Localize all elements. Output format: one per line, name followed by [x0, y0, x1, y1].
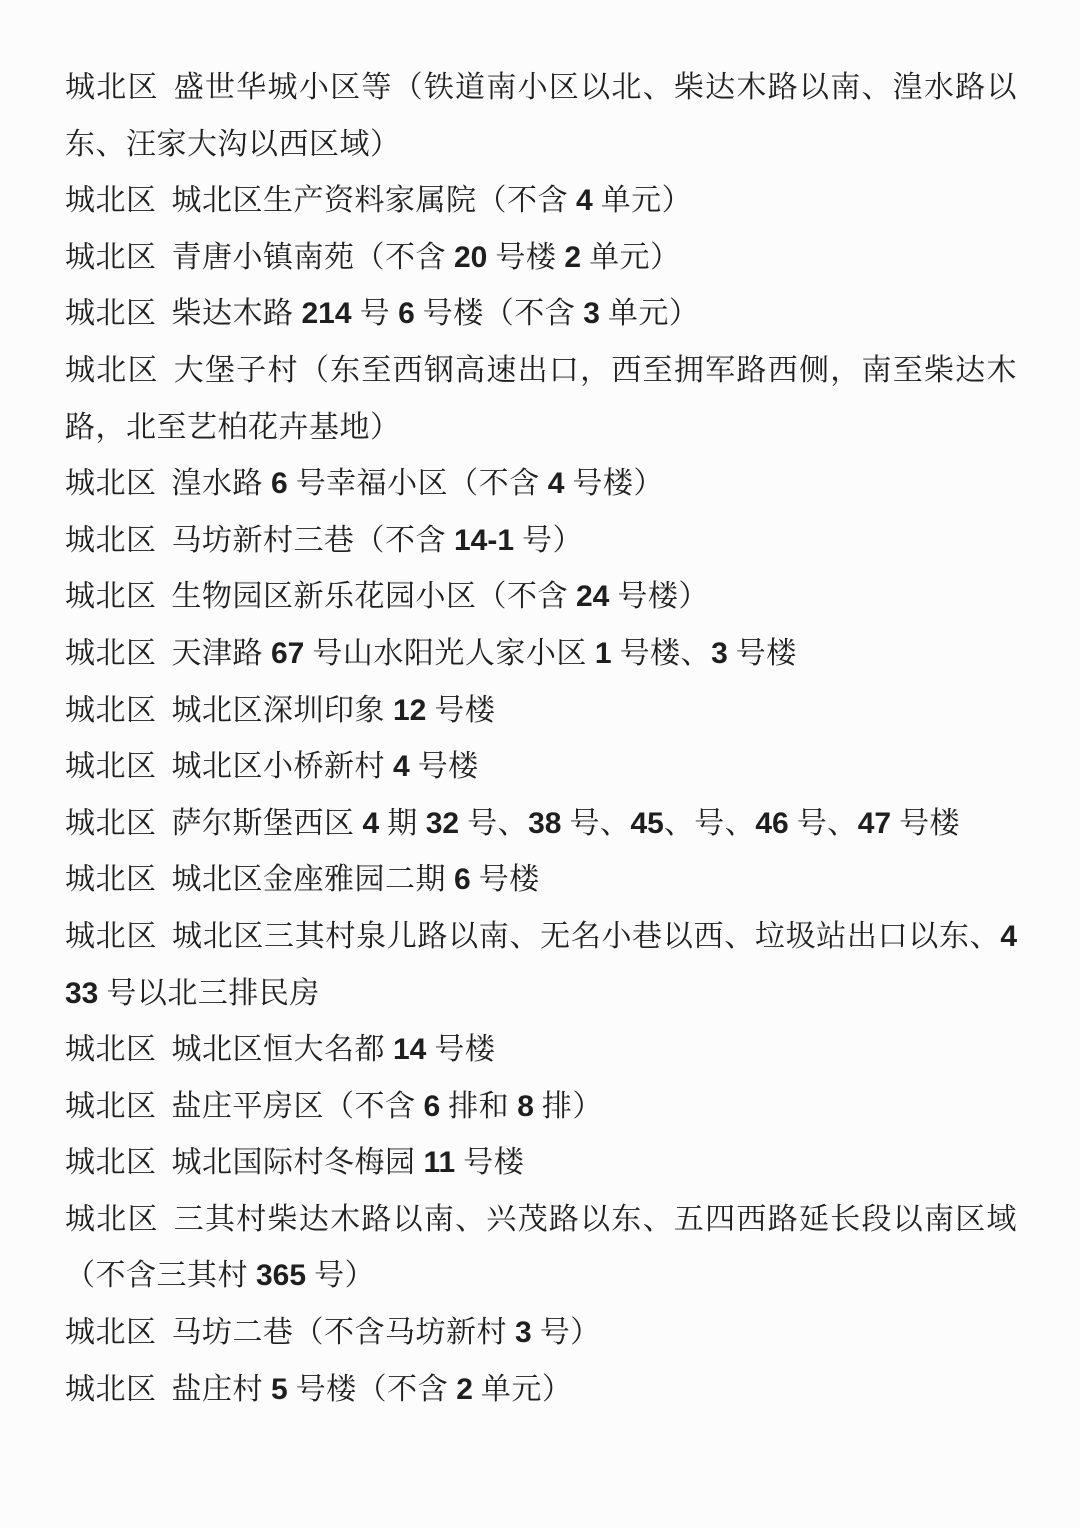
- district-label: 城北区: [65, 1146, 157, 1179]
- location-detail: 湟水路 6 号幸福小区（不含 4 号楼）: [172, 467, 664, 500]
- list-item: 城北区天津路 67 号山水阳光人家小区 1 号楼、3 号楼: [65, 626, 1017, 683]
- list-item: 城北区城北区生产资料家属院（不含 4 单元）: [65, 173, 1017, 230]
- number-text: 3: [583, 297, 600, 330]
- number-text: 433: [65, 920, 1017, 1010]
- location-detail: 青唐小镇南苑（不含 20 号楼 2 单元）: [172, 241, 681, 274]
- document-page: 城北区盛世华城小区等（铁道南小区以北、柴达木路以南、湟水路以东、汪家大沟以西区域…: [0, 0, 1080, 1528]
- number-text: 67: [271, 637, 304, 670]
- number-text: 4: [548, 467, 565, 500]
- list-item: 城北区湟水路 6 号幸福小区（不含 4 号楼）: [65, 456, 1017, 513]
- location-detail: 盐庄村 5 号楼（不含 2 单元）: [172, 1373, 573, 1406]
- location-detail: 马坊新村三巷（不含 14-1 号）: [172, 524, 584, 557]
- list-item: 城北区盛世华城小区等（铁道南小区以北、柴达木路以南、湟水路以东、汪家大沟以西区域…: [65, 60, 1017, 173]
- district-label: 城北区: [65, 807, 157, 840]
- number-text: 12: [393, 694, 426, 727]
- location-detail: 城北区小桥新村 4 号楼: [172, 750, 479, 783]
- location-detail: 城北区恒大名都 14 号楼: [172, 1033, 496, 1066]
- list-item: 城北区盐庄村 5 号楼（不含 2 单元）: [65, 1362, 1017, 1419]
- location-detail: 萨尔斯堡西区 4 期 32 号、38 号、45、号、46 号、47 号楼: [172, 807, 961, 840]
- number-text: 6: [398, 297, 415, 330]
- list-item: 城北区城北区深圳印象 12 号楼: [65, 683, 1017, 740]
- location-detail: 城北区三其村泉儿路以南、无名小巷以西、垃圾站出口以东、433 号以北三排民房: [65, 920, 1017, 1010]
- list-item: 城北区马坊二巷（不含马坊新村 3 号）: [65, 1305, 1017, 1362]
- number-text: 3: [711, 637, 728, 670]
- number-text: 38: [528, 807, 561, 840]
- number-text: 6: [271, 467, 288, 500]
- district-label: 城北区: [65, 863, 157, 896]
- district-label: 城北区: [65, 467, 157, 500]
- list-item: 城北区生物园区新乐花园小区（不含 24 号楼）: [65, 569, 1017, 626]
- location-detail: 城北区深圳印象 12 号楼: [172, 694, 496, 727]
- district-label: 城北区: [65, 920, 157, 953]
- location-detail: 盐庄平房区（不含 6 排和 8 排）: [172, 1090, 603, 1123]
- number-text: 2: [456, 1373, 473, 1406]
- district-label: 城北区: [65, 184, 157, 217]
- location-detail: 天津路 67 号山水阳光人家小区 1 号楼、3 号楼: [172, 637, 797, 670]
- number-text: 11: [424, 1146, 456, 1179]
- district-label: 城北区: [65, 1203, 159, 1236]
- list-item: 城北区城北国际村冬梅园 11 号楼: [65, 1135, 1017, 1192]
- number-text: 32: [426, 807, 459, 840]
- district-label: 城北区: [65, 694, 157, 727]
- location-detail: 城北区金座雅园二期 6 号楼: [172, 863, 540, 896]
- number-text: 14: [393, 1033, 426, 1066]
- location-detail: 城北区生产资料家属院（不含 4 单元）: [172, 184, 693, 217]
- number-text: 45: [630, 807, 663, 840]
- number-text: 14-1: [454, 524, 514, 557]
- list-item: 城北区萨尔斯堡西区 4 期 32 号、38 号、45、号、46 号、47 号楼: [65, 796, 1017, 853]
- number-text: 46: [755, 807, 788, 840]
- number-text: 214: [302, 297, 352, 330]
- list-item: 城北区马坊新村三巷（不含 14-1 号）: [65, 513, 1017, 570]
- list-item: 城北区城北区恒大名都 14 号楼: [65, 1022, 1017, 1079]
- number-text: 20: [454, 241, 487, 274]
- list-item: 城北区城北区三其村泉儿路以南、无名小巷以西、垃圾站出口以东、433 号以北三排民…: [65, 909, 1017, 1022]
- list-item: 城北区城北区金座雅园二期 6 号楼: [65, 852, 1017, 909]
- location-detail: 生物园区新乐花园小区（不含 24 号楼）: [172, 580, 709, 613]
- location-detail: 三其村柴达木路以南、兴茂路以东、五四西路延长段以南区域（不含三其村 365 号）: [65, 1203, 1017, 1293]
- list-item: 城北区大堡子村（东至西钢高速出口，西至拥军路西侧，南至柴达木路，北至艺柏花卉基地…: [65, 343, 1017, 456]
- district-label: 城北区: [65, 297, 157, 330]
- location-detail: 大堡子村（东至西钢高速出口，西至拥军路西侧，南至柴达木路，北至艺柏花卉基地）: [65, 354, 1017, 444]
- district-label: 城北区: [65, 750, 157, 783]
- list-item: 城北区柴达木路 214 号 6 号楼（不含 3 单元）: [65, 286, 1017, 343]
- list-item: 城北区青唐小镇南苑（不含 20 号楼 2 单元）: [65, 230, 1017, 287]
- number-text: 6: [424, 1090, 441, 1123]
- list-item: 城北区三其村柴达木路以南、兴茂路以东、五四西路延长段以南区域（不含三其村 365…: [65, 1192, 1017, 1305]
- location-detail: 柴达木路 214 号 6 号楼（不含 3 单元）: [172, 297, 700, 330]
- number-text: 5: [271, 1373, 288, 1406]
- location-detail: 马坊二巷（不含马坊新村 3 号）: [172, 1316, 601, 1349]
- district-label: 城北区: [65, 1033, 157, 1066]
- district-label: 城北区: [65, 637, 157, 670]
- district-label: 城北区: [65, 524, 157, 557]
- district-label: 城北区: [65, 241, 157, 274]
- district-label: 城北区: [65, 580, 157, 613]
- list-item: 城北区城北区小桥新村 4 号楼: [65, 739, 1017, 796]
- number-text: 4: [363, 807, 380, 840]
- district-label: 城北区: [65, 71, 159, 104]
- number-text: 3: [515, 1316, 532, 1349]
- district-label: 城北区: [65, 1316, 157, 1349]
- list-item: 城北区盐庄平房区（不含 6 排和 8 排）: [65, 1079, 1017, 1136]
- number-text: 24: [576, 580, 609, 613]
- number-text: 4: [393, 750, 410, 783]
- district-label: 城北区: [65, 354, 159, 387]
- number-text: 4: [576, 184, 593, 217]
- number-text: 1: [595, 637, 612, 670]
- number-text: 6: [454, 863, 471, 896]
- number-text: 47: [858, 807, 891, 840]
- number-text: 2: [564, 241, 581, 274]
- district-label: 城北区: [65, 1373, 157, 1406]
- number-text: 8: [517, 1090, 534, 1123]
- location-detail: 盛世华城小区等（铁道南小区以北、柴达木路以南、湟水路以东、汪家大沟以西区域）: [65, 71, 1017, 161]
- district-area-list: 城北区盛世华城小区等（铁道南小区以北、柴达木路以南、湟水路以东、汪家大沟以西区域…: [65, 60, 1017, 1418]
- location-detail: 城北国际村冬梅园 11 号楼: [172, 1146, 525, 1179]
- district-label: 城北区: [65, 1090, 157, 1123]
- number-text: 365: [256, 1259, 306, 1292]
